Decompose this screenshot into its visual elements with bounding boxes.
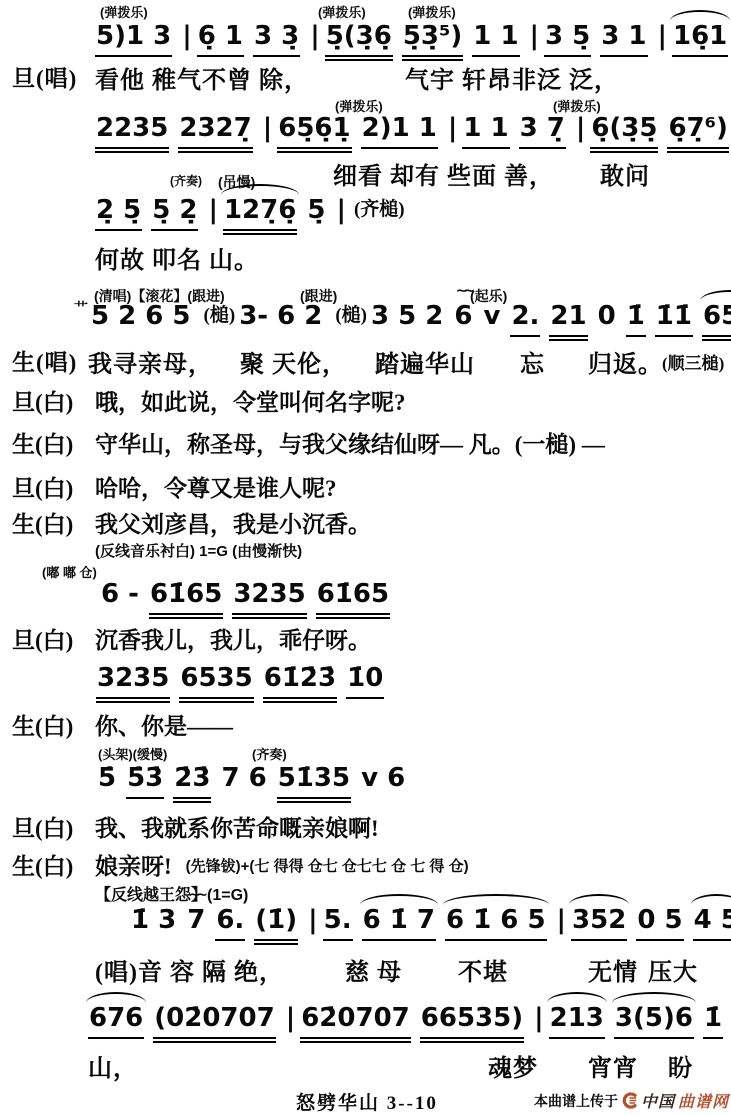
stage-cue: (顺三槌) xyxy=(662,349,724,374)
lyric-segment: 无情 xyxy=(588,952,638,987)
score-line-lyric-11: 生(唱)我寻亲母，聚 天伦，踏遍华山忘归返。(顺三槌) xyxy=(0,344,731,378)
note-group: 1̇ 3 xyxy=(130,904,177,937)
dialog-text: 沉香我儿，我儿，乖仔呀。 xyxy=(95,622,371,655)
note-group: 51̇35 xyxy=(277,762,351,799)
role-label: 生(唱) xyxy=(12,344,77,377)
dialog-text: 守华山，称圣母，与我父缘结仙呀— 凡。(一槌) — xyxy=(95,426,605,459)
percussion-pattern: (先锋钹)+(七 得得 仓七 仓七七 仓 七 得 仓) xyxy=(186,858,469,875)
note-group: 2̇3̇ xyxy=(173,762,211,799)
note-group: 653 xyxy=(702,300,731,337)
score-line-dialog-15: 生(白)我父刘彦昌，我是小沉香。 xyxy=(0,506,731,538)
score-line-dialog-13: 生(白)守华山，称圣母，与我父缘结仙呀— 凡。(一槌) — xyxy=(0,426,731,458)
lyric-segment: 慈 母 xyxy=(345,952,402,987)
barline: | xyxy=(658,21,668,51)
note-group: (1̇) xyxy=(254,904,298,941)
role-label: 旦(白) xyxy=(12,384,73,417)
site-name-secondary: 曲谱网 xyxy=(678,1089,729,1112)
dialog-text: 你、你是—— xyxy=(95,708,233,741)
percussion-cue: (齐槌) xyxy=(353,198,406,222)
barline: | xyxy=(263,113,273,143)
note-group: 61̇2̇3̇ xyxy=(263,662,337,699)
barline: | xyxy=(182,21,192,51)
note-group: 0 xyxy=(597,300,617,333)
note-group: (02̇0707 xyxy=(153,1002,275,1039)
note-group: 16̣1 xyxy=(672,20,728,57)
tempo-technique-label: (齐奏) xyxy=(252,744,287,763)
role-label: 生(白) xyxy=(12,506,73,539)
note-group: 21 xyxy=(549,300,587,337)
lyric-segment: 何故 叩名 山。 xyxy=(95,240,259,275)
lyric-segment: 忘 xyxy=(520,344,545,379)
score-line-notation-27: 1̇ 376.(1̇)|5.6 1̇ 76 1̇ 6 5|3520 54 5| xyxy=(130,904,731,946)
lyric-segment: 踏遍华山 xyxy=(375,344,475,379)
score-line-dialog-21: 生(白)你、你是—— xyxy=(0,708,731,740)
sheet-music-page: (弹拨乐)(弹拨乐)(弹拨乐)5)1 3|6̣ 13 3̣|5̣(3̣6̣5̣3… xyxy=(0,0,731,1115)
note-group: 5)1 3 xyxy=(95,20,172,57)
note-group: 5̣ 2̣ xyxy=(151,194,198,231)
note-group: 62̇0707 xyxy=(300,1002,411,1039)
barline: | xyxy=(208,195,218,225)
lyric-segment: 看他 稚气不曾 除， xyxy=(95,60,309,95)
note-group: 61̇65 xyxy=(149,578,223,615)
note-group: 5̇3̇ xyxy=(126,762,164,799)
barline: | xyxy=(308,905,318,935)
site-name-primary: 中国 xyxy=(641,1089,675,1112)
barline: | xyxy=(576,113,586,143)
note-group: 1 1 xyxy=(472,20,519,57)
qupu-site-logo-icon xyxy=(621,1092,638,1109)
score-line-dialog-14: 旦(白)哈哈，令尊又是谁人呢? xyxy=(0,470,731,502)
note-group: 1̇ xyxy=(626,300,646,337)
score-line-notation-23: 5̇5̇3̇2̇3̇7 651̇35v 6 xyxy=(97,762,415,804)
lyric-segment: 气宇 轩昂非泛 泛， xyxy=(405,60,619,95)
note-group: 6. xyxy=(215,904,245,941)
note-group: 1̇0 xyxy=(346,662,384,699)
role-label: 生(白) xyxy=(12,708,73,741)
percussion-cue: (槌) xyxy=(334,304,368,328)
barline: | xyxy=(286,1003,296,1033)
note-group: 5̣3̣⁵) xyxy=(402,20,463,57)
upload-note-label: 本曲谱上传于 xyxy=(534,1091,618,1111)
score-line-lyric-28: (唱)音 容 隔 绝，慈 母不堪无情压大 xyxy=(0,952,731,986)
role-label: 生(白) xyxy=(12,848,73,881)
note-group: 6535 xyxy=(179,662,253,699)
note-group: 5̣(3̣6̣ xyxy=(325,20,393,57)
dialog-text: 哦，如此说，令堂叫何名字呢? xyxy=(95,384,406,417)
note-group: 3 1 xyxy=(600,20,647,57)
note-group: 6 - xyxy=(100,578,140,611)
barline: | xyxy=(448,113,458,143)
role-label: 旦(唱) xyxy=(12,60,77,93)
role-label: 旦(白) xyxy=(12,622,73,655)
note-group: 3 5 2 xyxy=(370,300,444,333)
lyric-segment: 归返。 xyxy=(588,344,663,379)
score-line-dialog-12: 旦(白)哦，如此说，令堂叫何名字呢? xyxy=(0,384,731,416)
note-group: 2. xyxy=(510,300,540,337)
note-group: v 6 xyxy=(360,762,406,795)
note-group: 4 5 xyxy=(693,904,731,941)
note-group: 3(5)6 xyxy=(614,1002,694,1039)
note-group: 1̇ xyxy=(703,1002,723,1039)
note-group: 2)1 1 xyxy=(361,112,438,149)
tempo-technique-label: (头架)(缓慢) xyxy=(98,744,167,763)
note-group: 3235 xyxy=(232,578,306,615)
note-group: 3 3̣ xyxy=(253,20,300,57)
role-label: 旦(白) xyxy=(12,810,73,843)
score-line-dialog-24: 旦(白)我、我就系你苦命嘅亲娘啊! xyxy=(0,810,731,842)
note-group: 6 1̇ 6 5 xyxy=(445,904,547,941)
note-group: 5̣ xyxy=(306,194,326,227)
lyric-segment: 敢问 xyxy=(600,156,650,191)
dialog-text: 我、我就系你苦命嘅亲娘啊! xyxy=(95,810,379,843)
score-line-lyric-5: 细看 却有 些面 善，敢问 xyxy=(0,156,731,190)
note-group: 7 6 xyxy=(220,762,267,795)
note-group: 3 7̣ xyxy=(519,112,566,149)
tempo-technique-label: (反线音乐衬白) 1=G (由慢渐快) xyxy=(95,540,302,561)
note-group: 127̣6̣ xyxy=(223,194,297,231)
note-group: 676 xyxy=(88,1002,144,1039)
role-label: 旦(白) xyxy=(12,470,73,503)
dialog-text: 我父刘彦昌，我是小沉香。 xyxy=(95,506,371,539)
note-group: v xyxy=(483,300,502,333)
note-group: 2327̣ xyxy=(178,112,252,149)
score-title-and-page-number: 怒劈华山 3--10 xyxy=(296,1088,438,1115)
note-group: 61̇65 xyxy=(316,578,390,615)
barline: | xyxy=(336,195,346,225)
note-group: 6̣ 1 xyxy=(197,20,244,57)
note-group: 2̣ 5̣ xyxy=(95,194,142,231)
note-group: 1 1 xyxy=(462,112,509,149)
tempo-technique-label: 【反线越王怨】(1=G) xyxy=(95,882,248,905)
barline: | xyxy=(534,1003,544,1033)
barline: | xyxy=(557,905,567,935)
percussion-cue: (槌) xyxy=(203,304,237,328)
note-group: 6 xyxy=(453,300,473,333)
score-line-dialog-25: 生(白)娘亲呀!(先锋钹)+(七 得得 仓七 仓七七 仓 七 得 仓) xyxy=(0,848,731,880)
lyric-segment: 盼 xyxy=(668,1048,693,1083)
score-line-notation-1: 5)1 3|6̣ 13 3̣|5̣(3̣6̣5̣3̣⁵)1 1|3 5̣3 1|… xyxy=(95,20,731,62)
lyric-segment: (唱)音 容 隔 绝， xyxy=(95,952,284,987)
note-group: 65̣6̣1̣ xyxy=(277,112,351,149)
note-group: 66535) xyxy=(420,1002,524,1039)
note-group: 7 xyxy=(186,904,206,937)
note-group: 6̣7̣⁶) xyxy=(667,112,728,149)
dialog-text: 娘亲呀!(先锋钹)+(七 得得 仓七 仓七七 仓 七 得 仓) xyxy=(95,848,469,881)
tempo-technique-label: (弹拨乐) xyxy=(100,2,148,21)
note-group: 3235 xyxy=(96,662,170,699)
score-line-notation-7: 2̣ 5̣5̣ 2̣|127̣6̣5̣|(齐槌) xyxy=(95,194,408,236)
lyric-segment: 我寻亲母， xyxy=(88,344,213,379)
note-group: 6 1̇ 7 xyxy=(362,904,436,941)
note-group: 5 2 6 5 xyxy=(90,300,192,333)
note-group: 3 5̣ xyxy=(544,20,591,57)
tempo-technique-label: (齐奏) xyxy=(170,172,202,189)
barline: | xyxy=(530,21,540,51)
score-line-notation-10: 艹5 2 6 5(槌)3- 6 2(槌)3 5 26v2.2101̇1̇1̇65… xyxy=(73,300,731,342)
lyric-segment: 魂梦 xyxy=(488,1048,538,1083)
footer: 怒劈华山 3--10 本曲谱上传于 中国 曲谱网 xyxy=(0,1086,731,1114)
note-group: 352 xyxy=(571,904,627,941)
score-line-lyric-2: 旦(唱)看他 稚气不曾 除，气宇 轩昂非泛 泛， xyxy=(0,60,731,94)
lyric-segment: 压大 xyxy=(648,952,698,987)
lyric-segment: 不堪 xyxy=(458,952,508,987)
note-group: 2235 xyxy=(95,112,169,149)
score-line-notation-29: 676(02̇0707|62̇070766535)|2133(5)61̇|5.(… xyxy=(88,1002,731,1044)
lyric-segment: 山， xyxy=(88,1048,138,1083)
note-group: 1̇1̇ xyxy=(655,300,693,337)
lyric-segment: 细看 却有 些面 善， xyxy=(333,156,554,191)
lyric-segment: 聚 天伦， xyxy=(240,344,347,379)
score-line-notation-18: 6 -61̇65323561̇65 xyxy=(100,578,399,620)
note-group: 0 5 xyxy=(636,904,683,941)
note-group: 艹 xyxy=(73,301,89,319)
tempo-technique-label: (弹拨乐) xyxy=(408,2,456,21)
tempo-technique-label: (弹拨乐) xyxy=(318,2,366,21)
score-line-lyric-8: 何故 叩名 山。 xyxy=(0,240,731,274)
watermark: 本曲谱上传于 中国 曲谱网 xyxy=(534,1089,729,1112)
note-group: 6̣(3̣5̣ xyxy=(590,112,658,149)
score-line-notation-20: 3235653561̇2̇3̇1̇0 xyxy=(96,662,393,704)
score-line-notation-4: 22352327̣|65̣6̣1̣2)1 1|1 13 7̣|6̣(3̣5̣6̣… xyxy=(95,112,731,154)
score-line-dialog-19: 旦(白)沉香我儿，我儿，乖仔呀。 xyxy=(0,622,731,654)
note-group: 213 xyxy=(549,1002,605,1039)
note-group: 5. xyxy=(323,904,353,941)
note-group: 5̇ xyxy=(97,762,117,795)
note-group: 3- 6 2 xyxy=(238,300,323,333)
lyric-segment: 宵宵 xyxy=(588,1048,638,1083)
tempo-technique-label: (嘟 嘟 仓) xyxy=(42,562,97,581)
dialog-text: 哈哈，令尊又是谁人呢? xyxy=(95,470,337,503)
barline: | xyxy=(310,21,320,51)
role-label: 生(白) xyxy=(12,426,73,459)
score-line-lyric-30: 山，魂梦宵宵盼 xyxy=(0,1048,731,1082)
